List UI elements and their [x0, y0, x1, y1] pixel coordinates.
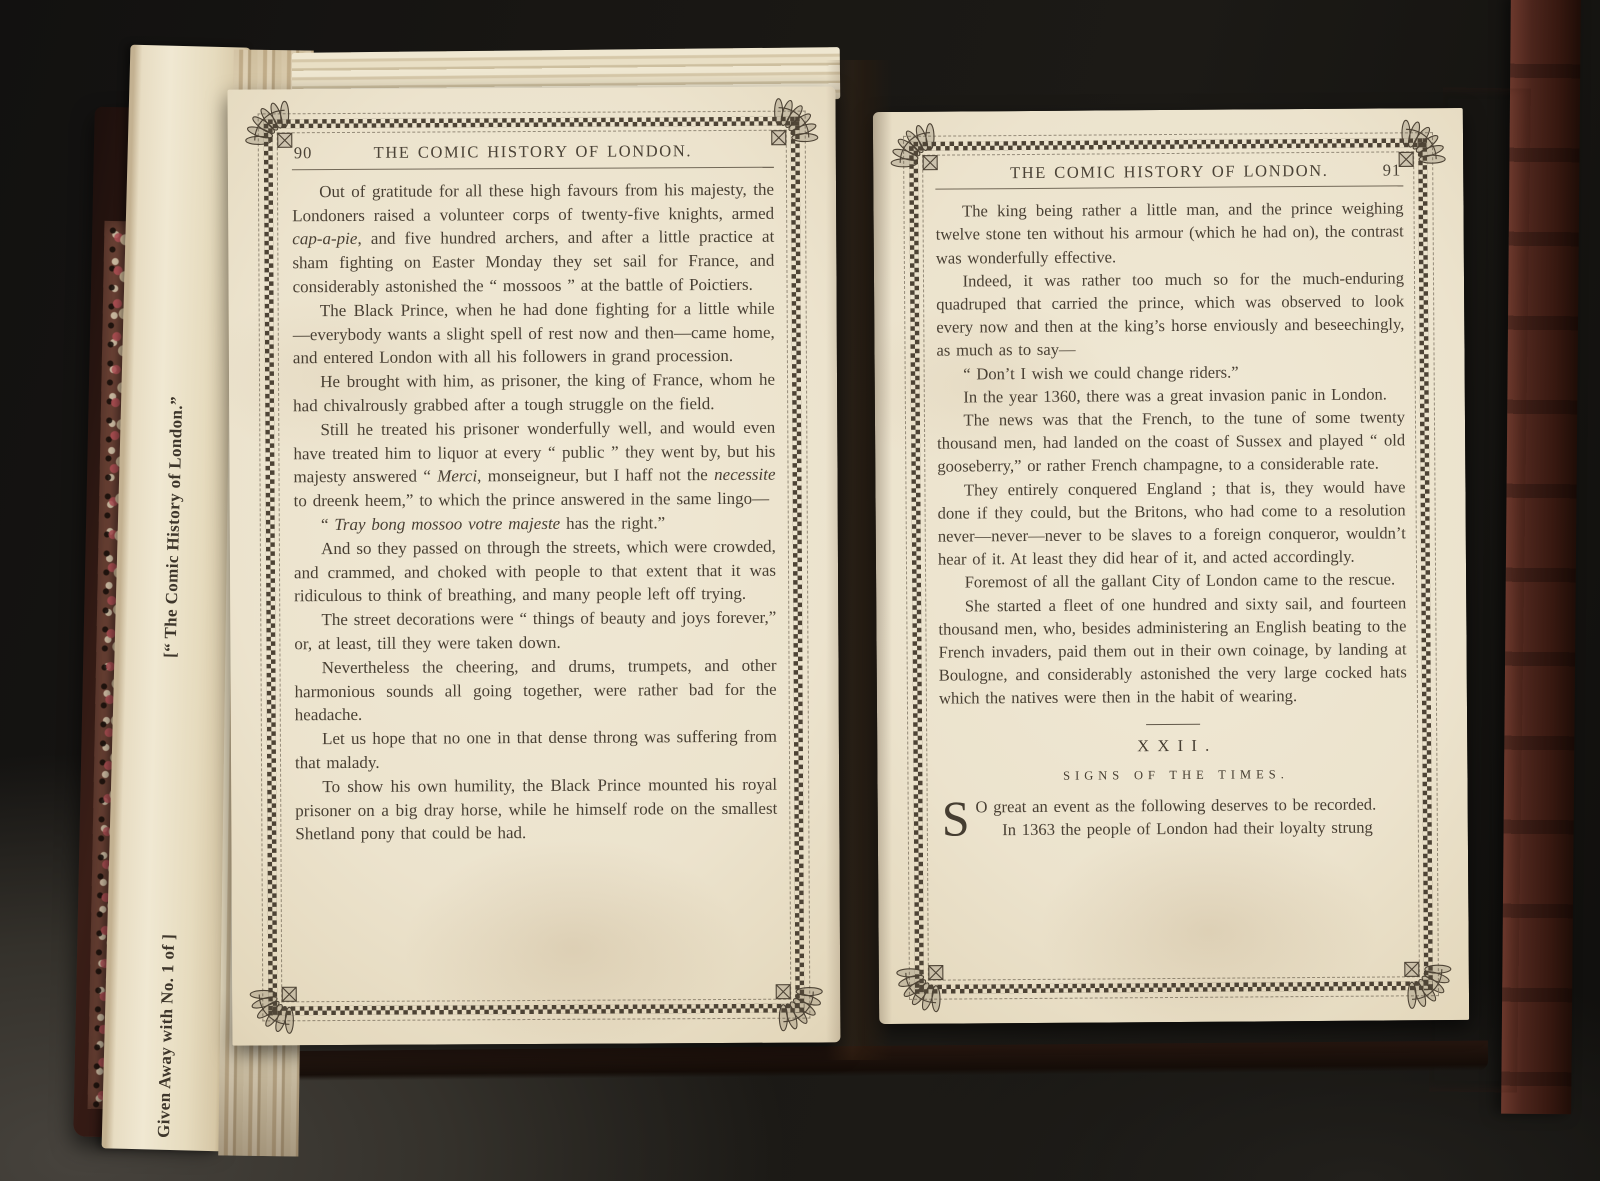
corner-fan-icon — [773, 981, 829, 1037]
right-page-content: THE COMIC HISTORY OF LONDON. 91 The king… — [935, 158, 1409, 977]
chapter-number: XXII. — [939, 732, 1407, 758]
head-rule — [935, 186, 1403, 190]
corner-fan-icon — [890, 963, 946, 1019]
paragraph: The news was that the French, to the tun… — [937, 405, 1405, 478]
right-page: THE COMIC HISTORY OF LONDON. 91 The king… — [873, 108, 1469, 1024]
head-rule — [292, 167, 774, 171]
paragraph: She started a fleet of one hundred and s… — [938, 591, 1407, 710]
right-running-head: THE COMIC HISTORY OF LONDON. 91 — [935, 158, 1403, 184]
left-running-head: 90 THE COMIC HISTORY OF LONDON. — [292, 139, 774, 165]
left-page-number: 90 — [294, 141, 313, 165]
corner-fan-icon — [1402, 959, 1458, 1015]
paragraph: To show his own humility, the Black Prin… — [295, 772, 777, 846]
book-bottom-edge — [238, 1041, 1488, 1082]
chapter-divider-rule — [1146, 723, 1200, 724]
paragraph: They entirely conquered England ; that i… — [937, 475, 1406, 571]
paragraph: Indeed, it was rather too much so for th… — [936, 266, 1405, 362]
corner-fan-icon — [239, 94, 295, 150]
drop-cap: S — [940, 795, 976, 838]
paragraph: Let us hope that no one in that dense th… — [295, 725, 777, 775]
paragraph: In 1363 the people of London had their l… — [940, 816, 1408, 842]
corner-fan-icon — [769, 91, 825, 147]
corner-fan-icon — [1396, 113, 1452, 169]
corner-fan-icon — [884, 117, 940, 173]
paragraph: SO great an event as the following deser… — [940, 792, 1408, 818]
chapter-title: SIGNS OF THE TIMES. — [939, 762, 1407, 788]
left-page-body: Out of gratitude for all these high favo… — [292, 178, 777, 847]
corner-fan-icon — [243, 984, 299, 1040]
paragraph: The king being rather a little man, and … — [935, 197, 1403, 270]
book-photograph: [“ The Comic History of London.” Given A… — [0, 0, 1600, 1181]
paragraph: Out of gratitude for all these high favo… — [292, 178, 775, 300]
right-page-number: 91 — [1383, 158, 1402, 181]
paragraph: “ Don’t I wish we could change riders.” — [937, 359, 1405, 385]
paragraph: Foremost of all the gallant City of Lond… — [938, 568, 1406, 594]
paragraph: And so they passed on through the street… — [294, 534, 776, 608]
left-running-title: THE COMIC HISTORY OF LONDON. — [374, 141, 693, 162]
paragraph: The Black Prince, when he had done fight… — [293, 297, 775, 371]
left-page: 90 THE COMIC HISTORY OF LONDON. Out of g… — [228, 86, 841, 1045]
spine-edge-text-bottom: Given Away with No. 1 of ] — [154, 934, 179, 1139]
paragraph: The street decorations were “ things of … — [294, 606, 776, 656]
right-page-body: The king being rather a little man, and … — [935, 197, 1407, 711]
paragraph: He brought with him, as prisoner, the ki… — [293, 368, 775, 418]
paragraph: Still he treated his prisoner wonderfull… — [293, 416, 775, 514]
paragraph: “ Tray bong mossoo votre majeste has the… — [294, 511, 776, 537]
paragraph: Nevertheless the cheering, and drums, tr… — [294, 653, 776, 727]
right-running-title: THE COMIC HISTORY OF LONDON. — [1010, 161, 1329, 182]
paragraph: In the year 1360, there was a great inva… — [937, 382, 1405, 408]
left-page-content: 90 THE COMIC HISTORY OF LONDON. Out of g… — [292, 139, 778, 998]
spine-edge-text-top: [“ The Comic History of London.” — [160, 396, 187, 658]
right-page-chapter-body: SO great an event as the following deser… — [940, 792, 1408, 842]
